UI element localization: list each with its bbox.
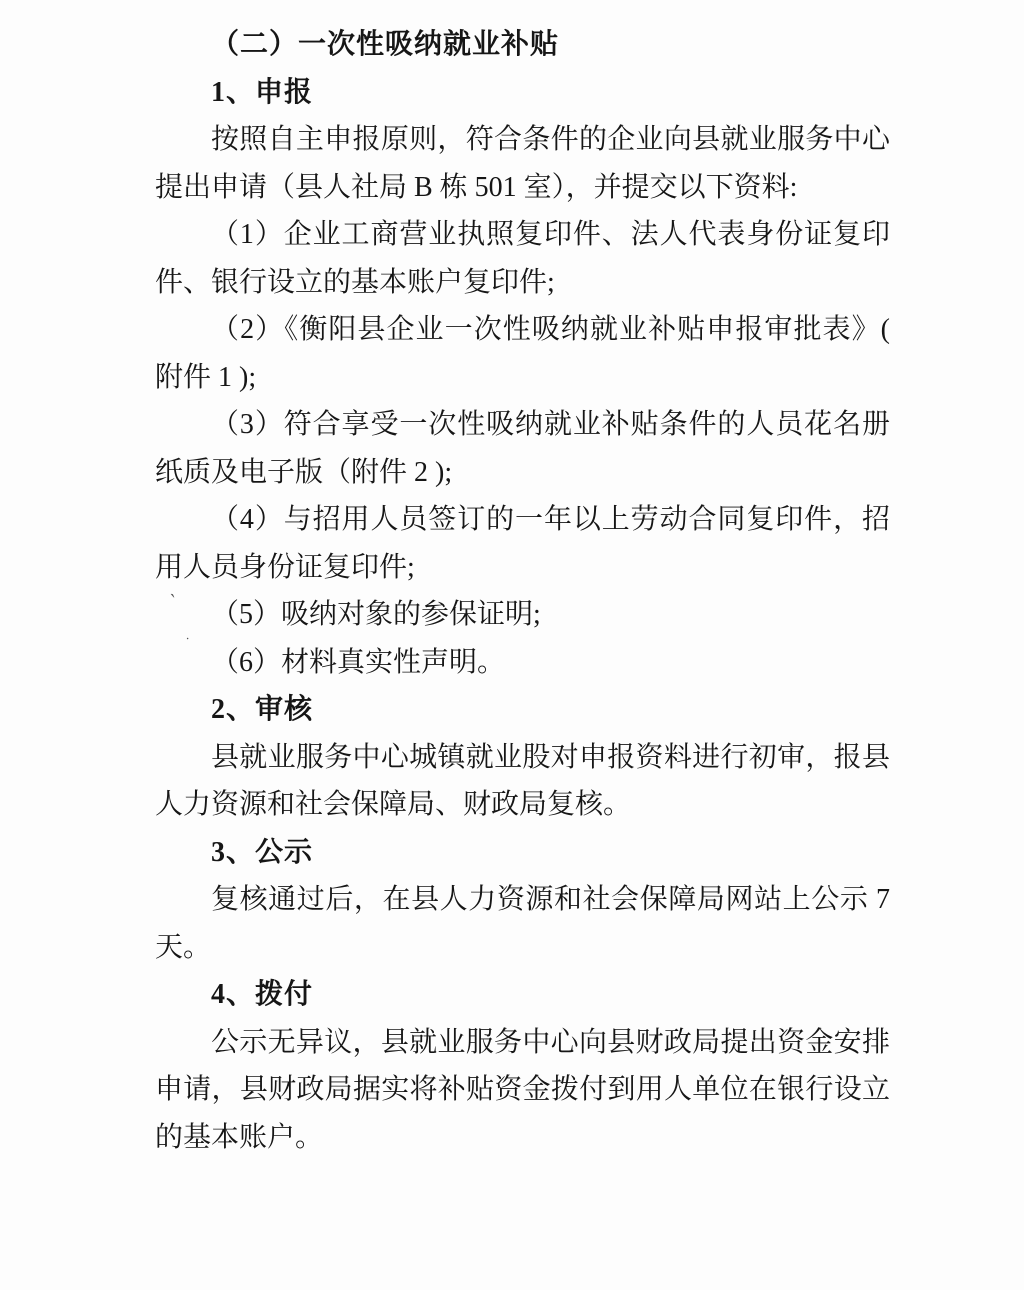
subsection-declare: 1、申报 按照自主申报原则，符合条件的企业向县就业服务中心提出申请（县人社局 B… — [155, 69, 890, 687]
subsection-payment: 4、拨付 公示无异议，县就业服务中心向县财政局提出资金安排申请，县财政局据实将补… — [155, 971, 890, 1161]
paragraph-payment: 公示无异议，县就业服务中心向县财政局提出资金安排申请，县财政局据实将补贴资金拨付… — [155, 1019, 890, 1162]
document-page: （二）一次性吸纳就业补贴 1、申报 按照自主申报原则，符合条件的企业向县就业服务… — [0, 0, 1024, 1290]
paragraph-material-2: （2）《衡阳县企业一次性吸纳就业补贴申报审批表》( 附件 1 ); — [155, 306, 890, 401]
subsection-title-declare: 1、申报 — [155, 69, 890, 117]
paragraph-review: 县就业服务中心城镇就业股对申报资料进行初审，报县人力资源和社会保障局、财政局复核… — [155, 734, 890, 829]
paragraph-material-1: （1）企业工商营业执照复印件、法人代表身份证复印件、银行设立的基本账户复印件; — [155, 211, 890, 306]
paragraph-material-6: （6）材料真实性声明。 — [155, 639, 890, 687]
section-heading: （二）一次性吸纳就业补贴 — [155, 21, 890, 69]
subsection-review: 2、审核 县就业服务中心城镇就业股对申报资料进行初审，报县人力资源和社会保障局、… — [155, 686, 890, 829]
subsection-title-publicity: 3、公示 — [155, 829, 890, 877]
paragraph-material-3: （3）符合享受一次性吸纳就业补贴条件的人员花名册纸质及电子版（附件 2 ); — [155, 401, 890, 496]
subsection-publicity: 3、公示 复核通过后，在县人力资源和社会保障局网站上公示 7 天。 — [155, 829, 890, 972]
paragraph-declare-intro: 按照自主申报原则，符合条件的企业向县就业服务中心提出申请（县人社局 B 栋 50… — [155, 116, 890, 211]
subsection-title-payment: 4、拨付 — [155, 971, 890, 1019]
subsection-title-review: 2、审核 — [155, 686, 890, 734]
paragraph-material-4: （4）与招用人员签订的一年以上劳动合同复印件，招用人员身份证复印件; — [155, 496, 890, 591]
paragraph-material-5: （5）吸纳对象的参保证明; — [155, 591, 890, 639]
paragraph-publicity: 复核通过后，在县人力资源和社会保障局网站上公示 7 天。 — [155, 876, 890, 971]
